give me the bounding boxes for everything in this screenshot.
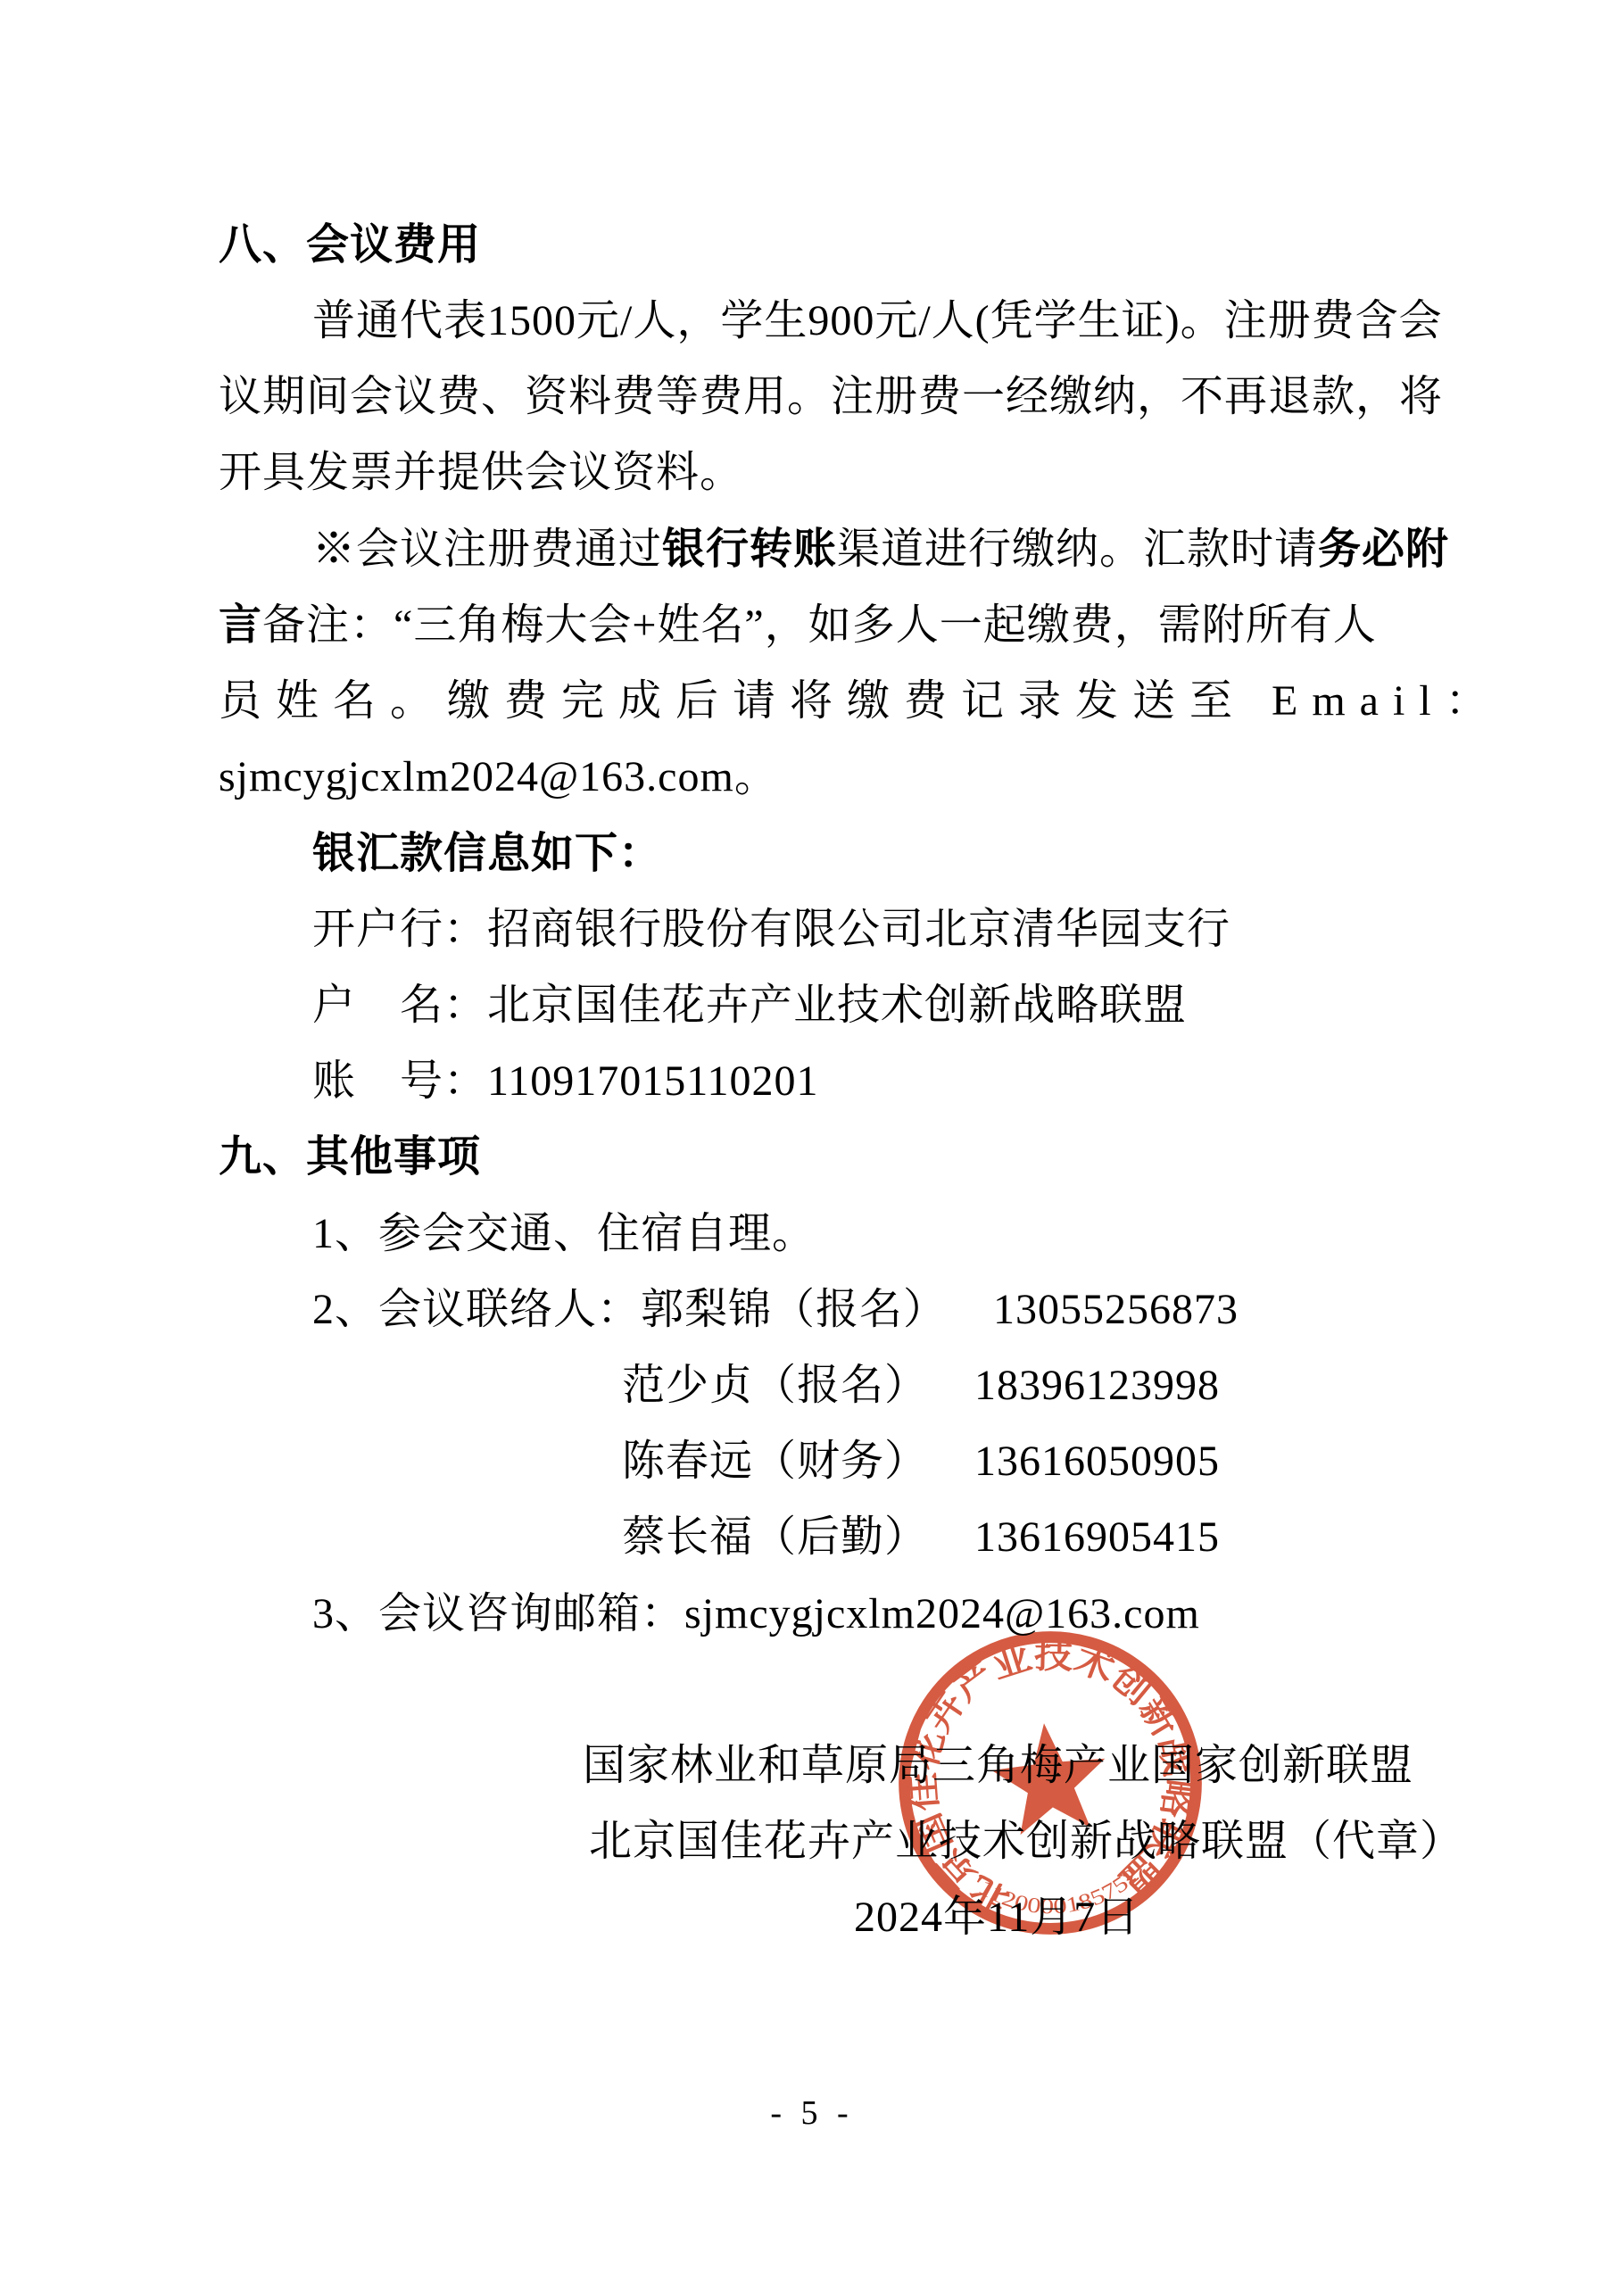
other-item3-email: 3、会议咨询邮箱：sjmcygjcxlm2024@163.com [312, 1590, 1200, 1638]
contact-name: 陈春远 [622, 1438, 753, 1485]
fee-paragraph-line2: 议期间会议费、资料费等费用。注册费一经缴纳，不再退款，将 [219, 373, 1443, 421]
contact-row: 陈春远（财务）13616050905 [622, 1438, 1220, 1486]
contact-row: 2、会议联络人：郭梨锦（报名）13055256873 [312, 1286, 1239, 1334]
signoff-org2: 北京国佳花卉产业技术创新战略联盟（代章） [589, 1818, 1463, 1866]
payment-note-text: 备注：“三角梅大会+姓名”，如多人一起缴费，需附所有人 [262, 601, 1377, 649]
bank-branch-line: 开户行：招商银行股份有限公司北京清华园支行 [312, 906, 1230, 954]
bank-account-number-line: 账 号：110917015110201 [312, 1057, 818, 1106]
contact-name: 范少贞 [622, 1362, 753, 1409]
page-number: - 5 - [0, 2093, 1624, 2133]
payment-note-line2: 言备注：“三角梅大会+姓名”，如多人一起缴费，需附所有人 [219, 601, 1377, 650]
fee-paragraph-line3: 开具发票并提供会议资料。 [219, 449, 743, 497]
contact-name: 蔡长福 [622, 1513, 753, 1561]
payment-note-text: ※会议注册费通过 [312, 526, 662, 573]
bank-info-heading: 银汇款信息如下： [312, 830, 662, 878]
document-page: 八、会议费用 普通代表1500元/人，学生900元/人(凭学生证)。注册费含会 … [0, 0, 1624, 2296]
contact-role: （报名） [772, 1286, 947, 1333]
contact-row: 范少贞（报名）18396123998 [622, 1362, 1220, 1410]
contact-role: （后勤） [753, 1513, 928, 1561]
contact-row: 蔡长福（后勤）13616905415 [622, 1513, 1220, 1562]
payment-email: sjmcygjcxlm2024@163.com。 [219, 753, 778, 801]
bank-account-name-line: 户 名：北京国佳花卉产业技术创新战略联盟 [312, 982, 1187, 1030]
contact-phone: 13616050905 [974, 1438, 1220, 1485]
contact-phone: 13616905415 [974, 1513, 1220, 1561]
contact-role: （报名） [753, 1362, 928, 1409]
must-attach-emphasis: 务必附 [1318, 526, 1449, 573]
bank-transfer-emphasis: 银行转账 [662, 526, 837, 573]
contact-phone: 13055256873 [993, 1286, 1239, 1333]
other-item1: 1、参会交通、住宿自理。 [312, 1210, 816, 1258]
contact-role: （财务） [753, 1438, 928, 1485]
section8-heading: 八、会议费用 [219, 221, 481, 269]
signoff-date: 2024年11月7日 [854, 1894, 1139, 1942]
contact-phone: 18396123998 [974, 1362, 1220, 1409]
contact-name: 郭梨锦 [641, 1286, 772, 1333]
payment-note-text: 渠道进行缴纳。汇款时请 [837, 526, 1318, 573]
contacts-label: 2、会议联络人： [312, 1286, 641, 1333]
signoff-org1: 国家林业和草原局三角梅产业国家创新联盟 [583, 1742, 1413, 1790]
payment-note-line1: ※会议注册费通过银行转账渠道进行缴纳。汇款时请务必附 [312, 526, 1449, 574]
payment-note-line3: 员姓名。缴费完成后请将缴费记录发送至 Email： [219, 677, 1503, 725]
section9-heading: 九、其他事项 [219, 1133, 481, 1181]
fee-paragraph-line1: 普通代表1500元/人，学生900元/人(凭学生证)。注册费含会 [312, 297, 1443, 345]
must-attach-emphasis: 言 [219, 601, 262, 649]
